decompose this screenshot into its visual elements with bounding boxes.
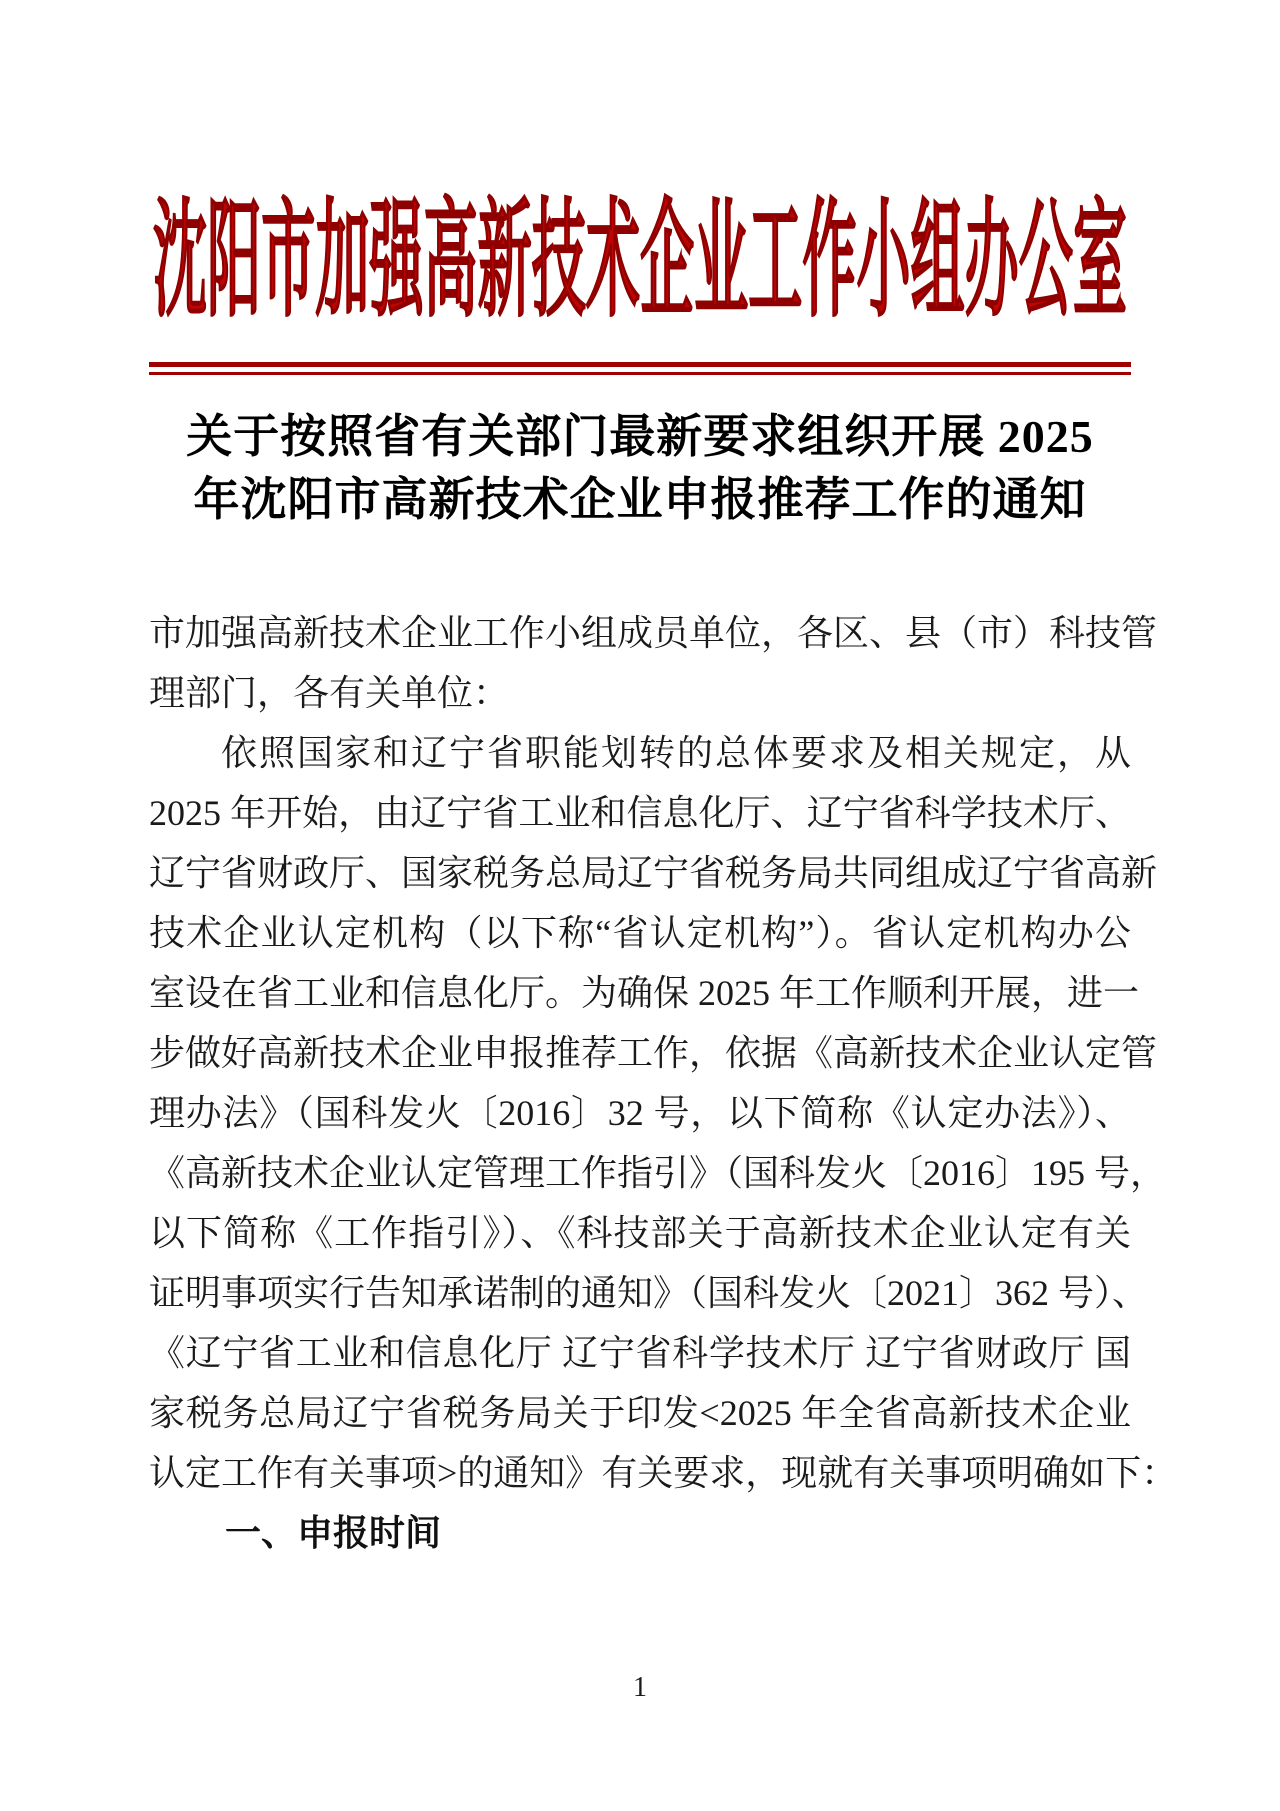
body-line: 理部门，各有关单位： — [149, 663, 1131, 723]
body-line: 认定工作有关事项>的通知》有关要求，现就有关事项明确如下： — [149, 1443, 1131, 1503]
body-line: 依照国家和辽宁省职能划转的总体要求及相关规定，从 — [149, 723, 1131, 783]
body-line: 证明事项实行告知承诺制的通知》（国科发火〔2021〕362 号）、 — [149, 1263, 1131, 1323]
body-line: 技术企业认定机构（以下称“省认定机构”）。省认定机构办公 — [149, 903, 1131, 963]
document-title-line-2: 年沈阳市高新技术企业申报推荐工作的通知 — [149, 468, 1131, 531]
letterhead-org-name: 沈阳市加强高新技术企业工作小组办公室 — [153, 190, 1127, 332]
body-line: 家税务总局辽宁省税务局关于印发<2025 年全省高新技术企业 — [149, 1383, 1131, 1443]
body-line: 辽宁省财政厅、国家税务总局辽宁省税务局共同组成辽宁省高新 — [149, 843, 1131, 903]
document-body: 市加强高新技术企业工作小组成员单位，各区、县（市）科技管 理部门，各有关单位： … — [149, 603, 1131, 1563]
body-line: 步做好高新技术企业申报推荐工作，依据《高新技术企业认定管 — [149, 1023, 1131, 1083]
document-title-line-1: 关于按照省有关部门最新要求组织开展 2025 — [149, 405, 1131, 468]
body-line: 《辽宁省工业和信息化厅 辽宁省科学技术厅 辽宁省财政厅 国 — [149, 1323, 1131, 1383]
body-line: 室设在省工业和信息化厅。为确保 2025 年工作顺利开展，进一 — [149, 963, 1131, 1023]
page-footer: 1 — [0, 1672, 1280, 1704]
letterhead-banner: 沈阳市加强高新技术企业工作小组办公室 — [149, 190, 1131, 332]
section-heading-application-time: 一、申报时间 — [149, 1503, 1131, 1563]
document-page: 沈阳市加强高新技术企业工作小组办公室 关于按照省有关部门最新要求组织开展 202… — [0, 0, 1280, 1811]
body-line: 《高新技术企业认定管理工作指引》（国科发火〔2016〕195 号， — [149, 1143, 1131, 1203]
body-line: 2025 年开始，由辽宁省工业和信息化厅、辽宁省科学技术厅、 — [149, 783, 1131, 843]
body-line: 理办法》（国科发火〔2016〕32 号，以下简称《认定办法》）、 — [149, 1083, 1131, 1143]
body-line: 以下简称《工作指引》）、《科技部关于高新技术企业认定有关 — [149, 1203, 1131, 1263]
letterhead: 沈阳市加强高新技术企业工作小组办公室 — [149, 190, 1131, 375]
document-title: 关于按照省有关部门最新要求组织开展 2025 年沈阳市高新技术企业申报推荐工作的… — [149, 405, 1131, 531]
page-number: 1 — [633, 1672, 647, 1703]
letterhead-double-rule — [149, 362, 1131, 375]
body-line: 市加强高新技术企业工作小组成员单位，各区、县（市）科技管 — [149, 603, 1131, 663]
